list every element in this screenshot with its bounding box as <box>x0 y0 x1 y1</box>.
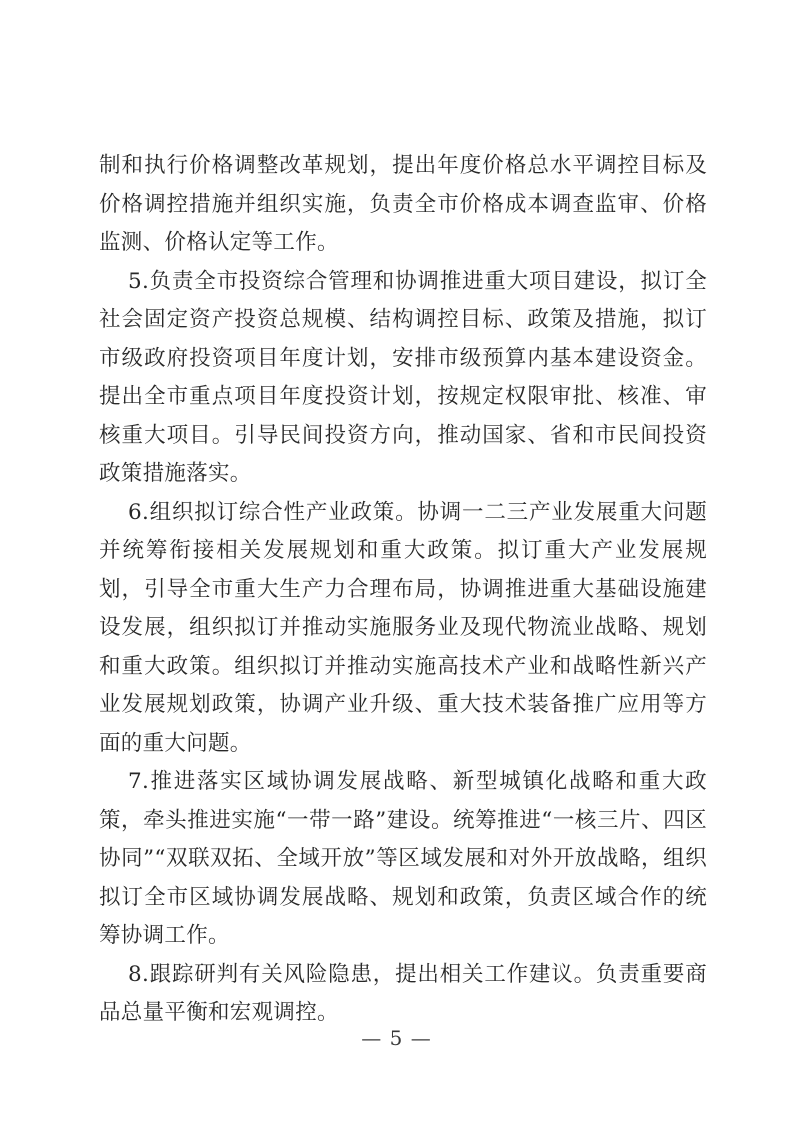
paragraph: 6.组织拟订综合性产业政策。协调一二三产业发展重大问题并统筹衔接相关发展规划和重… <box>99 494 707 764</box>
paragraph: 7.推进落实区域协调发展战略、新型城镇化战略和重大政策，牵头推进实施“一带一路”… <box>99 763 707 956</box>
page-number: — 5 — <box>361 1026 431 1050</box>
paragraph: 5.负责全市投资综合管理和协调推进重大项目建设，拟订全社会固定资产投资总规模、结… <box>99 263 707 494</box>
paragraph: 制和执行价格调整改革规划，提出年度价格总水平调控目标及价格调控措施并组织实施，负… <box>99 147 707 263</box>
document-body: 制和执行价格调整改革规划，提出年度价格总水平调控目标及价格调控措施并组织实施，负… <box>99 147 707 1033</box>
paragraph: 8.跟踪研判有关风险隐患，提出相关工作建议。负责重要商品总量平衡和宏观调控。 <box>99 956 707 1033</box>
page-footer: — 5 — <box>0 1026 793 1050</box>
document-page: 制和执行价格调整改革规划，提出年度价格总水平调控目标及价格调控措施并组织实施，负… <box>0 0 793 1122</box>
